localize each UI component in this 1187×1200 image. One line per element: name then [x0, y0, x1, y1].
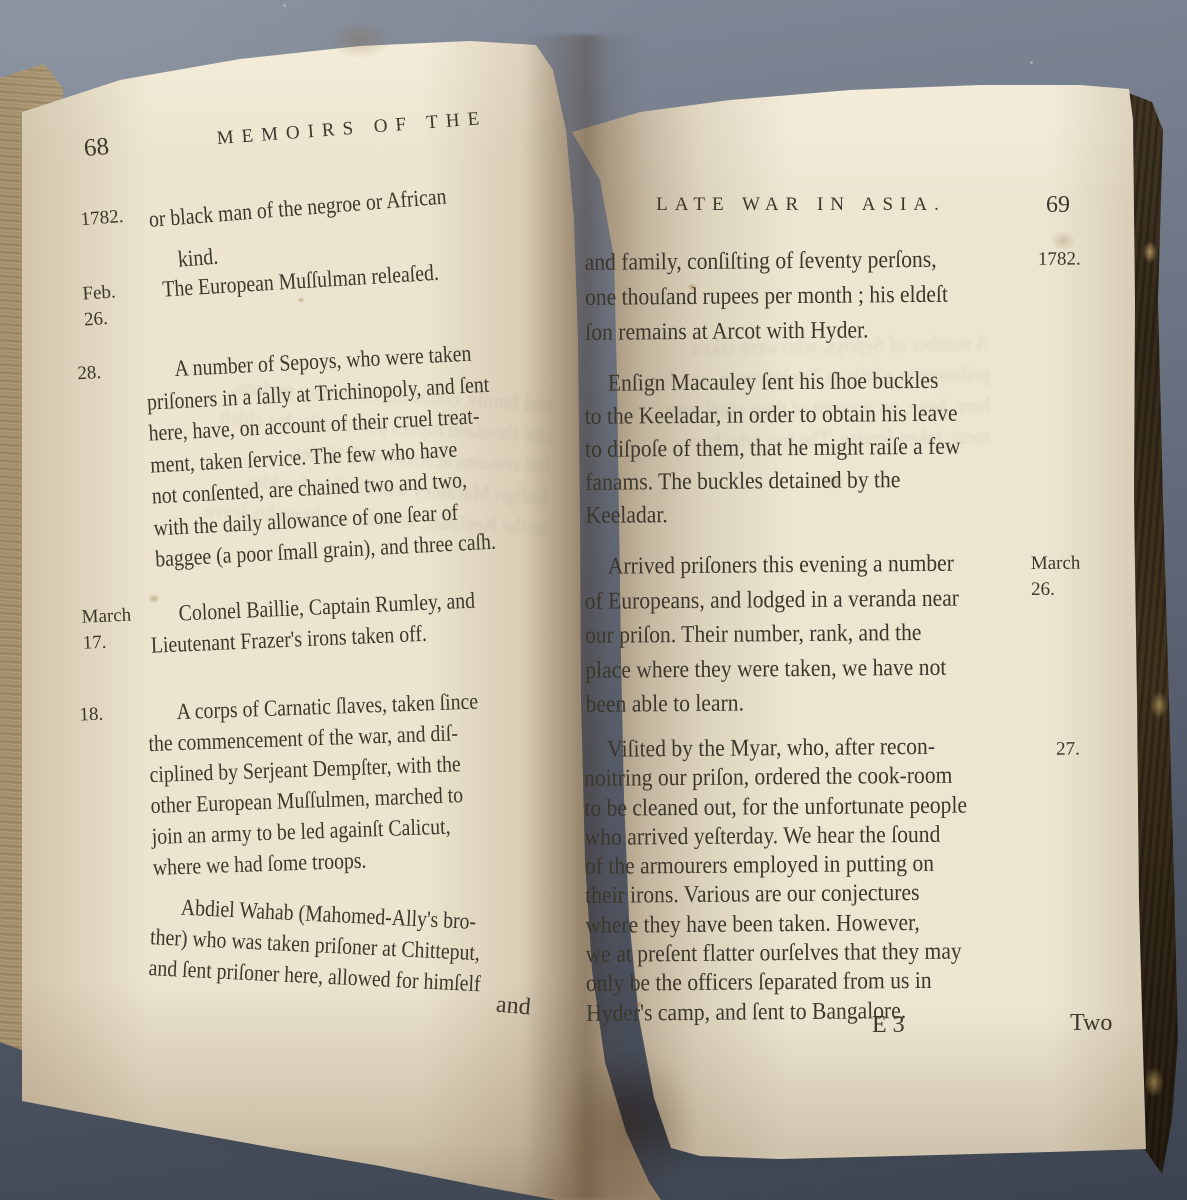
diary-entry: 18.A corps of Carnatic ſlaves, taken ſin…	[147, 683, 558, 883]
text-line: ſon remains at Arcot with Hyder.	[585, 312, 974, 350]
margin-date-note: 1782.	[80, 204, 125, 233]
text-line: their irons. Various are our conjectures	[585, 879, 974, 912]
text-line: Viſited by the Myar, who, after recon-	[584, 732, 973, 765]
text-line: Enſign Macauley ſent his ſhoe buckles	[584, 364, 973, 400]
diary-entry: 27.Viſited by the Myar, who, after recon…	[584, 732, 1019, 1029]
text-line: our priſon. Their number, rank, and the	[585, 615, 974, 653]
text-line: of the armourers employed in putting on	[585, 850, 974, 883]
margin-date-note: March17.	[81, 603, 133, 657]
text-line: noitring our priſon, ordered the cook-ro…	[584, 762, 973, 795]
margin-date-note: 1782.	[1038, 247, 1081, 273]
margin-date-note: 27.	[1056, 737, 1080, 763]
text-line: been able to learn.	[585, 684, 974, 722]
text-line: Hyder's camp, and ſent to Bangalore.	[586, 996, 975, 1029]
text-line: fanams. The buckles detained by the	[585, 463, 974, 499]
text-line: to diſpoſe of them, that he might raiſe …	[585, 430, 974, 466]
text-line: only be the officers ſeparated from us i…	[586, 967, 975, 1000]
text-line: to the Keeladar, in order to obtain his …	[585, 397, 974, 433]
text-line: we at preſent flatter ourſelves that the…	[586, 938, 975, 971]
margin-date-note: 18.	[79, 702, 104, 729]
diary-entry: Abdiel Wahab (Mahomed-Ally's bro-ther) w…	[148, 890, 557, 1003]
diary-entry: 1782.and family, conſiſting of ſeventy p…	[585, 242, 1018, 351]
left-page-number: 68	[83, 133, 110, 163]
text-line: Keeladar.	[585, 496, 974, 532]
margin-date-note: March26.	[1031, 551, 1081, 603]
text-line: to be cleaned out, for the unfortunate p…	[584, 791, 973, 824]
book-photograph: 68 MEMOIRS OF THE and LATE WAR IN ASIA. …	[0, 0, 1187, 1200]
right-running-title: LATE WAR IN ASIA.	[585, 194, 1017, 216]
right-page-number: 69	[1046, 192, 1070, 219]
diary-entry: March26.Arrived priſoners this evening a…	[584, 546, 1017, 722]
margin-date-note: 28.	[77, 360, 102, 387]
left-running-title: MEMOIRS OF THE	[172, 105, 533, 154]
printed-text-layer: 68 MEMOIRS OF THE and LATE WAR IN ASIA. …	[0, 0, 1187, 1200]
text-line: Arrived priſoners this evening a number	[584, 546, 973, 584]
text-line: of Europeans, and lodged in a veranda ne…	[585, 581, 974, 619]
diary-entry: Enſign Macauley ſent his ſhoe bucklesto …	[584, 364, 1017, 533]
right-catchword: Two	[1070, 1010, 1112, 1037]
text-line: one thouſand rupees per month ; his elde…	[585, 277, 974, 315]
text-line: place where they were taken, we have not	[585, 650, 974, 688]
diary-entry: March17.Colonel Baillie, Captain Rumley,…	[149, 581, 556, 661]
diary-entry: 28.A number of Sepoys, who were takenpri…	[145, 334, 561, 575]
text-line: who arrived yeſterday. We hear the ſound	[584, 820, 973, 853]
margin-date-note: Feb.26.	[82, 280, 118, 334]
text-line: where they have been taken. However,	[585, 908, 974, 941]
text-line: and family, conſiſting of ſeventy perſon…	[585, 242, 974, 280]
